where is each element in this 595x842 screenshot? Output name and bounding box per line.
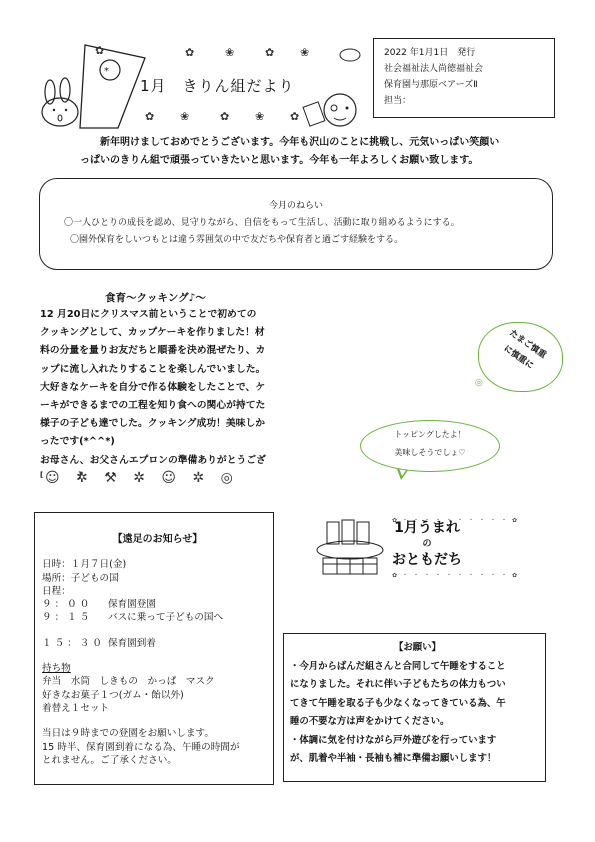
article-line: 12 月20日にクリスマス前ということで初めての [40,306,288,324]
article-line: 料の分量を量りお友だちと順番を決め混ぜたり、カ [40,342,288,360]
cooking-article: 12 月20日にクリスマス前ということで初めての クッキングとして、カップケーキ… [40,306,288,480]
newsletter-title: 1月 きりん組だより [140,75,295,96]
request-box: 【お願い】 ・今月からばんだ組さんと合同して午睡をすること になりました。それに… [283,633,546,782]
flower-icon: ❀ [225,46,234,59]
schedule-row: ９：００保育園登園 [42,598,273,611]
flower-icon: ✿ [220,110,229,123]
cooking-title: 食育～クッキング♪～ [105,290,206,305]
bubble-line: トッピングしたよ！ [361,426,499,444]
flower-icon: ❀ [180,110,189,123]
kadomatsu-icon [315,518,385,578]
cooking-decoration-icon: ☺ ✲ ⚒ ✲ ☺ ✲ ◎ [45,470,239,486]
items-line: 好きなお菓子１つ(ガム・飴以外) [42,689,273,702]
flower-icon: ✿ [265,46,274,59]
flower-icon: ✿ [290,110,299,123]
items-label: 持ち物 [42,662,273,675]
issue-date: 2022 年1月1日 発行 [384,45,554,61]
request-line: てきて午睡を取る子も少なくなってきている為、午 [290,695,545,714]
article-line: 大好きなケーキを自分で作る体験をしたことで、ケ [40,379,288,397]
request-line: になりました。それに伴い子どもたちの体力もつい [290,676,545,695]
organization: 社会福祉法人尚徳福祉会 [384,61,554,77]
flower-icon: ✿ [145,110,154,123]
article-line: 様子の子ども達でした。クッキング成功！美味しか [40,415,288,433]
dotted-border-bottom: ✿・・・・・・・・・・✿ [392,570,522,579]
excursion-note: 当日は９時までの登園をお願いします。 [42,727,273,740]
request-line: ・体調に気を付けながら戸外遊びを行っています [290,732,545,751]
article-line: クッキングとして、カップケーキを作りました！材 [40,324,288,342]
request-line: が、肌着や半袖・長袖も補に準備お願いします！ [290,750,545,769]
schedule-label: 日程： [42,585,273,598]
request-line: 睡の不要な方は声をかけてください。 [290,713,545,732]
request-title: 【お願い】 [290,639,545,658]
new-year-greeting: 新年明けましておめでとうございます。今年も沢山のことに挑戦し、元気いっぱい笑顔い… [80,134,540,170]
flower-icon: ❀ [300,46,309,59]
excursion-title: 【遠足のお知らせ】 [42,533,273,546]
birthday-line: の [392,536,462,552]
article-line: お母さん、お父さんエプロンの準備ありがとうござ [40,452,288,470]
staff-label: 担当： [384,93,554,109]
schedule-row: １５：３０保育園到着 [42,637,273,650]
article-line: ーキができるまでの工程を知り食への関心が持てた [40,397,288,415]
egg-icon: ◎ [475,378,483,388]
flower-icon: ✿ [95,44,104,57]
flower-icon: ❀ [255,110,264,123]
greeting-line: 新年明けましておめでとうございます。今年も沢山のことに挑戦し、元気いっぱい笑顔い [80,134,540,152]
greeting-line: っぱいのきりん組で頑張っていきたいと思います。今年も一年よろしくお願い致します。 [80,152,540,170]
flower-icon: ✿ [185,46,194,59]
excursion-note: とれません。ご了承ください。 [42,754,273,767]
excursion-date: 日時：１月７日(金) [42,558,273,571]
excursion-notice-box: 【遠足のお知らせ】 日時：１月７日(金) 場所：子どもの国 日程： ９：００保育… [34,512,274,785]
request-line: ・今月からばんだ組さんと合同して午睡をすること [290,658,545,677]
speech-bubble: トッピングしたよ！ 美味しそうでしょ♡ [360,420,500,472]
birthday-heading: 1月うまれ の おともだち [392,520,462,568]
aims-item: 〇一人ひとりの成長を認め、見守りながら、自信をもって生活し、活動に取り組めるよう… [40,215,552,232]
svg-text:*: * [104,66,109,77]
aims-item: 〇園外保育をしいつもとは違う雰囲気の中で友だちや保育者と過ごす経験をする。 [40,232,552,249]
article-line: ップに流し入れたりすることを楽しんでいました。 [40,361,288,379]
excursion-place: 場所：子どもの国 [42,572,273,585]
birthday-line: おともだち [392,552,462,568]
excursion-note: 15 時半、保育園到着になる為、午睡の時間が [42,741,273,754]
monthly-aims-box: 今月のねらい 〇一人ひとりの成長を認め、見守りながら、自信をもって生活し、活動に… [39,178,553,270]
aims-title: 今月のねらい [40,198,552,215]
article-line: ったです(*^^*) [40,433,288,451]
items-line: 弁当 水筒 しきもの かっぱ マスク [42,675,273,688]
birthday-line: 1月うまれ [392,520,462,536]
school-name: 保育園与那原ベアーズⅡ [384,77,554,93]
publisher-box: 2022 年1月1日 発行 社会福祉法人尚徳福祉会 保育園与那原ベアーズⅡ 担当… [373,38,555,118]
schedule-row: ９：１５バスに乗って子どもの国へ [42,611,273,624]
bubble-line: 美味しそうでしょ♡ [361,444,499,462]
items-line: 着替え１セット [42,702,273,715]
